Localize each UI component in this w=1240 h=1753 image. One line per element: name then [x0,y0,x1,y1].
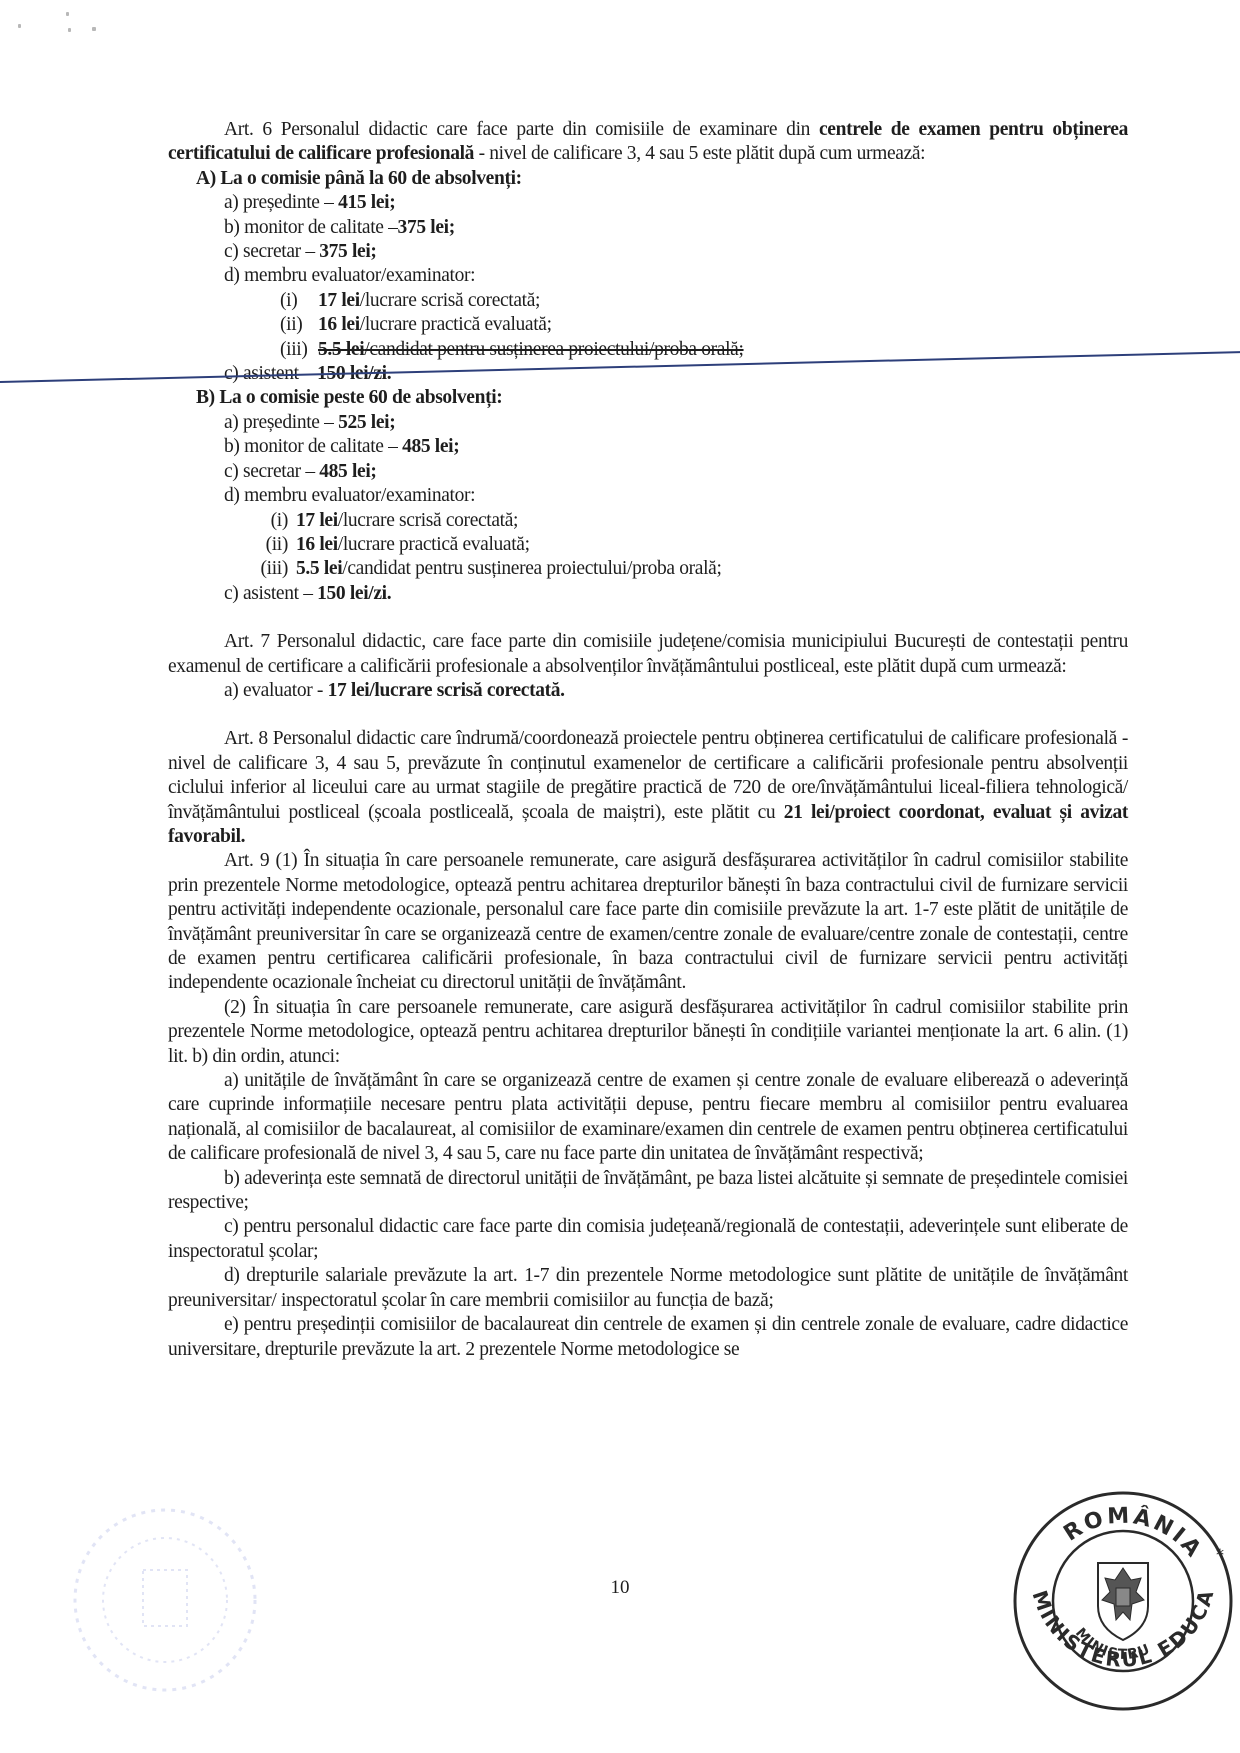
section-b-assistant: c) asistent – 150 lei/zi. [168,582,1128,606]
art6-intro: Art. 6 Personalul didactic care face par… [168,118,1128,167]
art7-item: a) evaluator - 17 lei/lucrare scrisă cor… [168,679,1128,703]
section-b-item: b) monitor de calitate – 485 lei; [168,435,1128,459]
section-a-member-item: (ii)16 lei/lucrare practică evaluată; [168,313,1128,337]
art9-item-e: e) pentru președinții comisiilor de baca… [168,1313,1128,1362]
section-b-heading: B) La o comisie peste 60 de absolvenți: [168,386,1128,410]
ministry-stamp-icon: ROMÂNIA MINISTERUL EDUCAȚIEI MINISTRU * [1010,1488,1236,1714]
section-a-item: c) secretar – 375 lei; [168,240,1128,264]
art9-paragraph-1: Art. 9 (1) În situația în care persoanel… [168,849,1128,995]
section-b-member-label: d) membru evaluator/examinator: [168,484,1128,508]
faded-stamp-icon [55,1500,275,1700]
art7-text: Art. 7 Personalul didactic, care face pa… [168,630,1128,679]
svg-text:*: * [1216,1545,1224,1564]
section-b-item: c) secretar – 485 lei; [168,460,1128,484]
section-b-item: a) președinte – 525 lei; [168,411,1128,435]
scan-specks [0,0,200,60]
section-a-heading: A) La o comisie până la 60 de absolvenți… [168,167,1128,191]
art9-item-b: b) adeverința este semnată de directorul… [168,1167,1128,1216]
art9-item-c: c) pentru personalul didactic care face … [168,1215,1128,1264]
section-a-item: a) președinte – 415 lei; [168,191,1128,215]
section-a-member-item: (i)17 lei/lucrare scrisă corectată; [168,289,1128,313]
art9-item-a: a) unitățile de învățământ în care se or… [168,1069,1128,1167]
section-b-member-item: (ii)16 lei/lucrare practică evaluată; [168,533,1128,557]
section-b-member-item: (i)17 lei/lucrare scrisă corectată; [168,509,1128,533]
document-body: Art. 6 Personalul didactic care face par… [168,118,1128,1362]
art8-text: Art. 8 Personalul didactic care îndrumă/… [168,727,1128,849]
document-page: Art. 6 Personalul didactic care face par… [0,0,1240,1753]
art9-paragraph-2: (2) În situația în care persoanele remun… [168,996,1128,1069]
section-a-member-label: d) membru evaluator/examinator: [168,264,1128,288]
art9-item-d: d) drepturile salariale prevăzute la art… [168,1264,1128,1313]
section-b-member-item: (iii)5.5 lei/candidat pentru susținerea … [168,557,1128,581]
section-a-item: b) monitor de calitate –375 lei; [168,216,1128,240]
